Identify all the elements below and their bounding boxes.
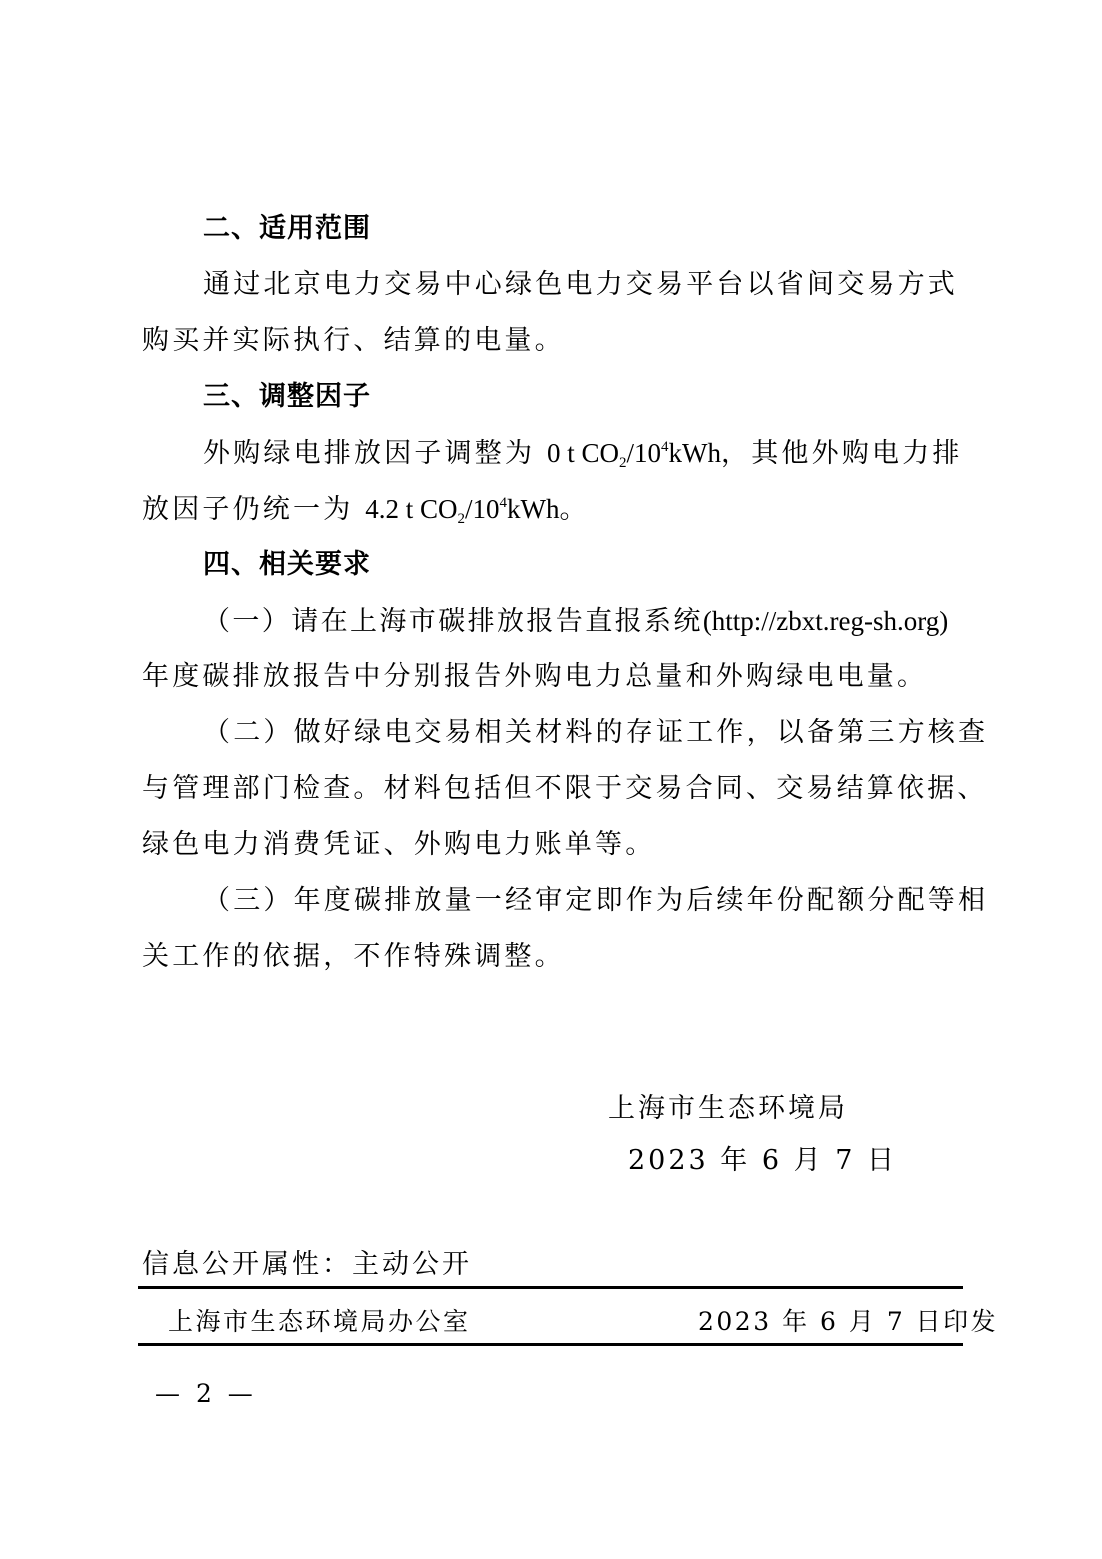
footer-office: 上海市生态环境局办公室 [168, 1306, 471, 1338]
section-heading-scope: 二、适用范围 [203, 212, 963, 246]
text-segment: 放因子仍统一为 [142, 494, 353, 525]
footer-top-rule [138, 1286, 963, 1289]
paragraph-line-factor-green: 外购绿电排放因子调整为 0 t CO2/104kWh，其他外购电力排 [203, 436, 963, 471]
text-segment: 年度碳排放量一经审定即作为后续年份配额分配等相 [294, 885, 989, 916]
item-marker: （二） [203, 717, 294, 748]
section-heading-requirements: 四、相关要求 [203, 548, 963, 582]
text-segment: 。 [559, 494, 589, 525]
text-segment: 做好绿电交易相关材料的存证工作，以备第三方核查 [294, 717, 989, 748]
footer-print-date: 2023 年 6 月 7 日印发 [698, 1306, 998, 1338]
issuer-signature: 上海市生态环境局 [608, 1092, 848, 1126]
section-heading-factor: 三、调整因子 [203, 380, 963, 414]
requirement-item-1-line-2: 年度碳排放报告中分别报告外购电力总量和外购绿电电量。 [142, 660, 962, 694]
item-marker: （一） [203, 606, 291, 637]
emission-factor-value: 0 t CO2/104kWh [547, 438, 721, 468]
requirement-item-2-line-3: 绿色电力消费凭证、外购电力账单等。 [142, 828, 962, 862]
requirement-item-2-line-2: 与管理部门检查。材料包括但不限于交易合同、交易结算依据、 [142, 772, 962, 806]
text-segment: ，其他外购电力排 [721, 438, 963, 469]
text-segment: 请在上海市碳排放报告直报系统 [291, 606, 703, 637]
requirement-item-3-line-2: 关工作的依据，不作特殊调整。 [142, 940, 962, 974]
disclosure-attribute: 信息公开属性：主动公开 [142, 1248, 472, 1282]
page-number: — 2 — [155, 1378, 257, 1410]
item-marker: （三） [203, 885, 294, 916]
issue-date: 2023 年 6 月 7 日 [628, 1144, 897, 1178]
footer-bottom-rule [138, 1343, 963, 1346]
paragraph-line: 购买并实际执行、结算的电量。 [142, 324, 962, 358]
text-segment: 外购绿电排放因子调整为 [203, 438, 535, 469]
requirement-item-1-line-1: （一）请在上海市碳排放报告直报系统(http://zbxt.reg-sh.org… [203, 604, 1023, 639]
requirement-item-3-line-1: （三）年度碳排放量一经审定即作为后续年份配额分配等相 [203, 884, 1023, 918]
document-page: 二、适用范围 通过北京电力交易中心绿色电力交易平台以省间交易方式 购买并实际执行… [0, 0, 1102, 1559]
paragraph-line-factor-other: 放因子仍统一为 4.2 t CO2/104kWh。 [142, 492, 962, 527]
emission-factor-value: 4.2 t CO2/104kWh [365, 494, 559, 524]
requirement-item-2-line-1: （二）做好绿电交易相关材料的存证工作，以备第三方核查 [203, 716, 1023, 750]
system-url-link[interactable]: (http://zbxt.reg-sh.org) [703, 606, 948, 636]
paragraph-line: 通过北京电力交易中心绿色电力交易平台以省间交易方式 [203, 268, 963, 302]
